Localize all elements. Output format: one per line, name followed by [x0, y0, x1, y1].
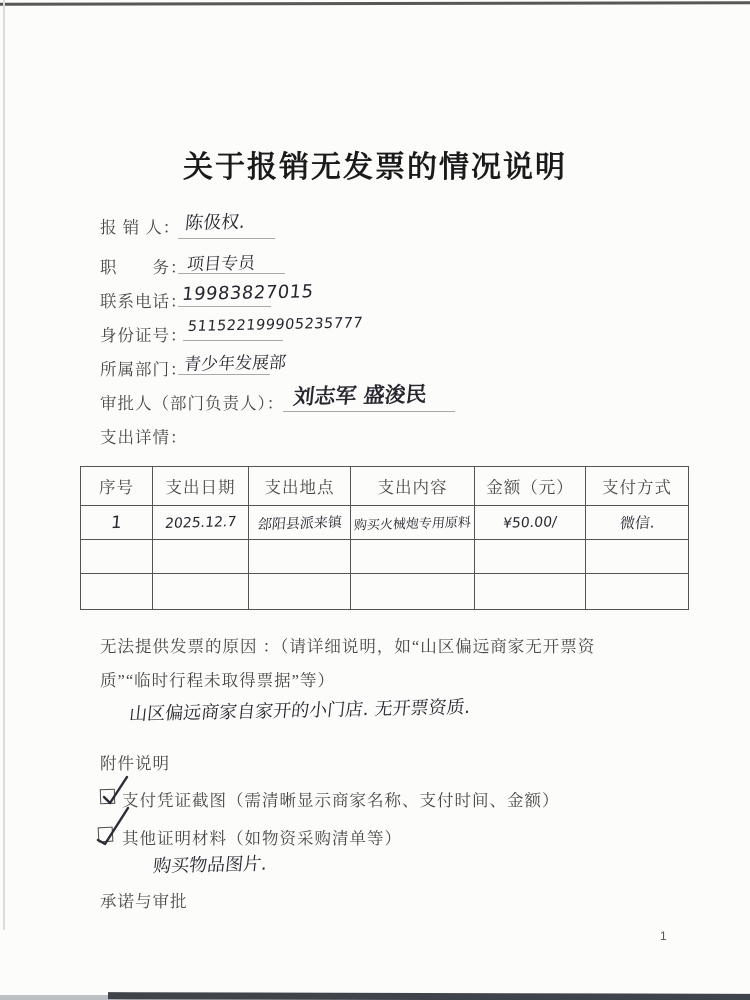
expense-table-header-row: 序号 支出日期 支出地点 支出内容 金额（元） 支付方式 [81, 467, 689, 506]
attachment-handwritten-note: 购买物品图片. [152, 850, 268, 878]
field-value-phone: 19983827015 [181, 281, 315, 305]
cell-date: 2025.12.7 [164, 514, 237, 532]
cell-content: 购买火械炮专用原料 [353, 511, 472, 533]
underline [178, 238, 275, 239]
expense-table: 序号 支出日期 支出地点 支出内容 金额（元） 支付方式 1 2025.12.7… [80, 466, 689, 610]
cell-payment-method: 微信. [619, 512, 656, 534]
scan-left-edge [3, 0, 5, 930]
underline [283, 411, 455, 412]
underline [183, 340, 283, 341]
field-value-id-number: 511522199905235777 [187, 315, 364, 335]
underline [178, 273, 285, 274]
col-header-content: 支出内容 [351, 467, 475, 506]
field-label-id-number: 身份证号： [100, 322, 188, 346]
underline [178, 306, 271, 307]
col-header-index: 序号 [81, 467, 153, 506]
col-header-location: 支出地点 [249, 467, 351, 506]
scan-top-edge [0, 1, 750, 6]
field-label-expense-details: 支出详情： [100, 424, 188, 448]
table-row [81, 574, 689, 610]
cell-index: 1 [110, 512, 123, 532]
commitment-heading: 承诺与审批 [100, 888, 188, 912]
field-value-reimburser: 陈伋权. [184, 208, 246, 235]
field-value-position: 项目专员 [186, 249, 257, 275]
underline [178, 374, 270, 375]
attachment-item-payment-proof: 支付凭证截图（需清晰显示商家名称、支付时间、金额） [122, 787, 560, 811]
scan-bottom-edge [108, 992, 750, 1000]
field-label-position: 职 务： [100, 254, 188, 278]
field-label-department: 所属部门： [100, 356, 188, 380]
cell-amount: ¥50.00/ [502, 514, 557, 531]
field-label-phone: 联系电话： [100, 288, 188, 312]
field-label-approver: 审批人（部门负责人）： [100, 390, 284, 414]
scanned-document-page: 关于报销无发票的情况说明 报 销 人： 陈伋权. 职 务： 项目专员 联系电话：… [0, 0, 750, 1000]
field-value-department: 青少年发展部 [183, 348, 288, 375]
field-label-reimburser: 报 销 人： [100, 214, 180, 238]
document-title: 关于报销无发票的情况说明 [0, 142, 750, 186]
col-header-date: 支出日期 [153, 467, 249, 506]
col-header-payment-method: 支付方式 [586, 467, 689, 506]
attachment-item-other-materials: 其他证明材料（如物资采购清单等） [122, 825, 402, 849]
page-number: 1 [660, 929, 667, 943]
cell-location: 郐阳县派来镇 [257, 511, 343, 533]
table-row [81, 540, 689, 574]
field-value-approver-signature: 刘志军 盛浚民 [292, 378, 428, 411]
reason-line-2: 质”“临时行程未取得票据”等） [100, 664, 335, 698]
reason-line-1: 无法提供发票的原因 ：（请详细说明，如“山区偏远商家无开票资 [100, 630, 595, 664]
col-header-amount: 金额（元） [475, 467, 586, 506]
table-row: 1 2025.12.7 郐阳县派来镇 购买火械炮专用原料 ¥50.00/ 微信. [81, 506, 689, 540]
